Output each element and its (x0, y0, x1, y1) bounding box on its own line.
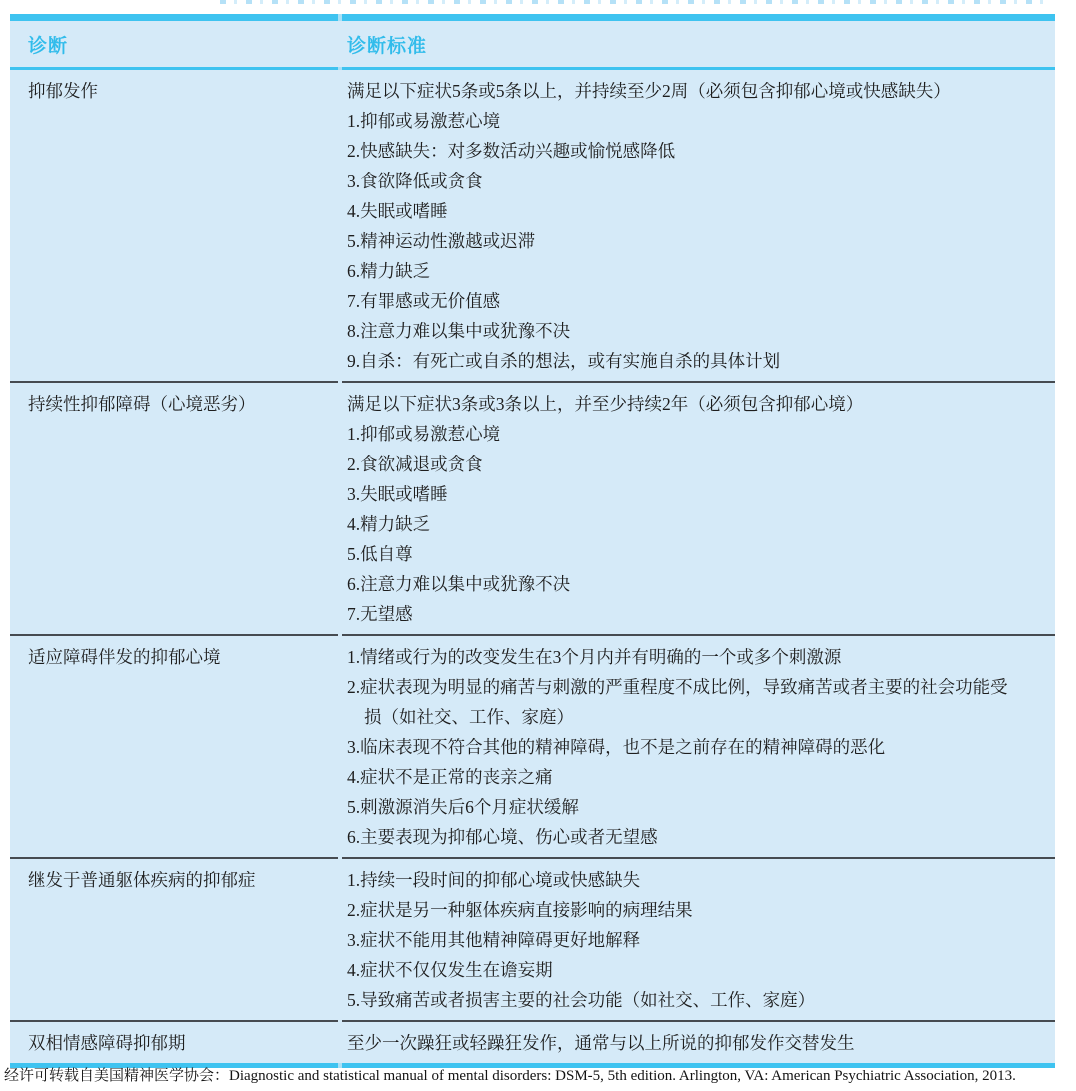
criterion-line: 1.持续一段时间的抑郁心境或快感缺失 (347, 865, 1012, 895)
criterion-line: 3.食欲降低或贪食 (347, 166, 1012, 196)
criterion-line: 3.症状不能用其他精神障碍更好地解释 (347, 925, 1012, 955)
criterion-line: 4.症状不仅仅发生在谵妄期 (347, 955, 1012, 985)
criterion-line: 满足以下症状3条或3条以上，并至少持续2年（必须包含抑郁心境） (347, 389, 1012, 419)
diagnosis-cell: 持续性抑郁障碍（心境恶劣） (10, 381, 338, 634)
criterion-line: 6.主要表现为抑郁心境、伤心或者无望感 (347, 822, 1012, 852)
criterion-line: 5.低自尊 (347, 539, 1012, 569)
criterion-line: 2.症状是另一种躯体疾病直接影响的病理结果 (347, 895, 1012, 925)
source-attribution: 经许可转载自美国精神医学协会：Diagnostic and statistica… (4, 1064, 1074, 1088)
diagnosis-criteria-table: 诊断 诊断标准 抑郁发作 满足以下症状5条或5条以上，并持续至少2周（必须包含抑… (10, 14, 1055, 1068)
clipped-caption-fragments (220, 0, 1045, 4)
criterion-line: 2.快感缺失：对多数活动兴趣或愉悦感降低 (347, 136, 1012, 166)
diagnosis-label: 抑郁发作 (28, 76, 328, 106)
diagnosis-cell: 适应障碍伴发的抑郁心境 (10, 634, 338, 857)
table-top-border-right (342, 14, 1055, 21)
table-row: 继发于普通躯体疾病的抑郁症 1.持续一段时间的抑郁心境或快感缺失2.症状是另一种… (10, 857, 1055, 1020)
criterion-line: 6.注意力难以集中或犹豫不决 (347, 569, 1012, 599)
table-header-row: 诊断 诊断标准 (10, 21, 1055, 67)
header-label-criteria: 诊断标准 (347, 36, 427, 57)
header-label-diagnosis: 诊断 (28, 36, 68, 57)
criterion-line: 至少一次躁狂或轻躁狂发作，通常与以上所说的抑郁发作交替发生 (347, 1028, 1012, 1058)
diagnosis-cell: 抑郁发作 (10, 70, 338, 381)
criterion-line: 3.失眠或嗜睡 (347, 479, 1012, 509)
criterion-line: 1.抑郁或易激惹心境 (347, 106, 1012, 136)
table-body: 抑郁发作 满足以下症状5条或5条以上，并持续至少2周（必须包含抑郁心境或快感缺失… (10, 70, 1055, 1063)
header-cell-diagnosis: 诊断 (10, 21, 338, 67)
criterion-line: 2.症状表现为明显的痛苦与刺激的严重程度不成比例，导致痛苦或者主要的社会功能受损… (347, 672, 1012, 732)
diagnosis-label: 适应障碍伴发的抑郁心境 (28, 642, 328, 672)
criterion-line: 4.症状不是正常的丧亲之痛 (347, 762, 1012, 792)
criteria-cell: 1.情绪或行为的改变发生在3个月内并有明确的一个或多个刺激源2.症状表现为明显的… (342, 634, 1055, 857)
criterion-line: 2.食欲减退或贪食 (347, 449, 1012, 479)
criterion-line: 7.有罪感或无价值感 (347, 286, 1012, 316)
table-row: 抑郁发作 满足以下症状5条或5条以上，并持续至少2周（必须包含抑郁心境或快感缺失… (10, 70, 1055, 381)
criteria-cell: 1.持续一段时间的抑郁心境或快感缺失2.症状是另一种躯体疾病直接影响的病理结果3… (342, 857, 1055, 1020)
criterion-line: 1.抑郁或易激惹心境 (347, 419, 1012, 449)
table-row: 双相情感障碍抑郁期 至少一次躁狂或轻躁狂发作，通常与以上所说的抑郁发作交替发生 (10, 1020, 1055, 1063)
table-top-border (10, 14, 1055, 21)
criterion-line: 1.情绪或行为的改变发生在3个月内并有明确的一个或多个刺激源 (347, 642, 1012, 672)
criterion-line: 6.精力缺乏 (347, 256, 1012, 286)
criterion-line: 4.失眠或嗜睡 (347, 196, 1012, 226)
table-row: 持续性抑郁障碍（心境恶劣） 满足以下症状3条或3条以上，并至少持续2年（必须包含… (10, 381, 1055, 634)
criteria-cell: 至少一次躁狂或轻躁狂发作，通常与以上所说的抑郁发作交替发生 (342, 1020, 1055, 1063)
criterion-line: 8.注意力难以集中或犹豫不决 (347, 316, 1012, 346)
criterion-line: 4.精力缺乏 (347, 509, 1012, 539)
criterion-line: 5.精神运动性激越或迟滞 (347, 226, 1012, 256)
criterion-line: 7.无望感 (347, 599, 1012, 629)
table-top-border-left (10, 14, 338, 21)
criterion-line: 3.临床表现不符合其他的精神障碍，也不是之前存在的精神障碍的恶化 (347, 732, 1012, 762)
criterion-line: 满足以下症状5条或5条以上，并持续至少2周（必须包含抑郁心境或快感缺失） (347, 76, 1012, 106)
criteria-cell: 满足以下症状3条或3条以上，并至少持续2年（必须包含抑郁心境）1.抑郁或易激惹心… (342, 381, 1055, 634)
diagnosis-label: 双相情感障碍抑郁期 (28, 1028, 328, 1058)
criteria-cell: 满足以下症状5条或5条以上，并持续至少2周（必须包含抑郁心境或快感缺失）1.抑郁… (342, 70, 1055, 381)
diagnosis-label: 持续性抑郁障碍（心境恶劣） (28, 389, 328, 419)
table-row: 适应障碍伴发的抑郁心境 1.情绪或行为的改变发生在3个月内并有明确的一个或多个刺… (10, 634, 1055, 857)
diagnosis-label: 继发于普通躯体疾病的抑郁症 (28, 865, 328, 895)
header-cell-criteria: 诊断标准 (342, 21, 1055, 67)
diagnosis-cell: 继发于普通躯体疾病的抑郁症 (10, 857, 338, 1020)
criterion-line: 5.刺激源消失后6个月症状缓解 (347, 792, 1012, 822)
diagnosis-cell: 双相情感障碍抑郁期 (10, 1020, 338, 1063)
criterion-line: 9.自杀：有死亡或自杀的想法，或有实施自杀的具体计划 (347, 346, 1012, 376)
criterion-line: 5.导致痛苦或者损害主要的社会功能（如社交、工作、家庭） (347, 985, 1012, 1015)
